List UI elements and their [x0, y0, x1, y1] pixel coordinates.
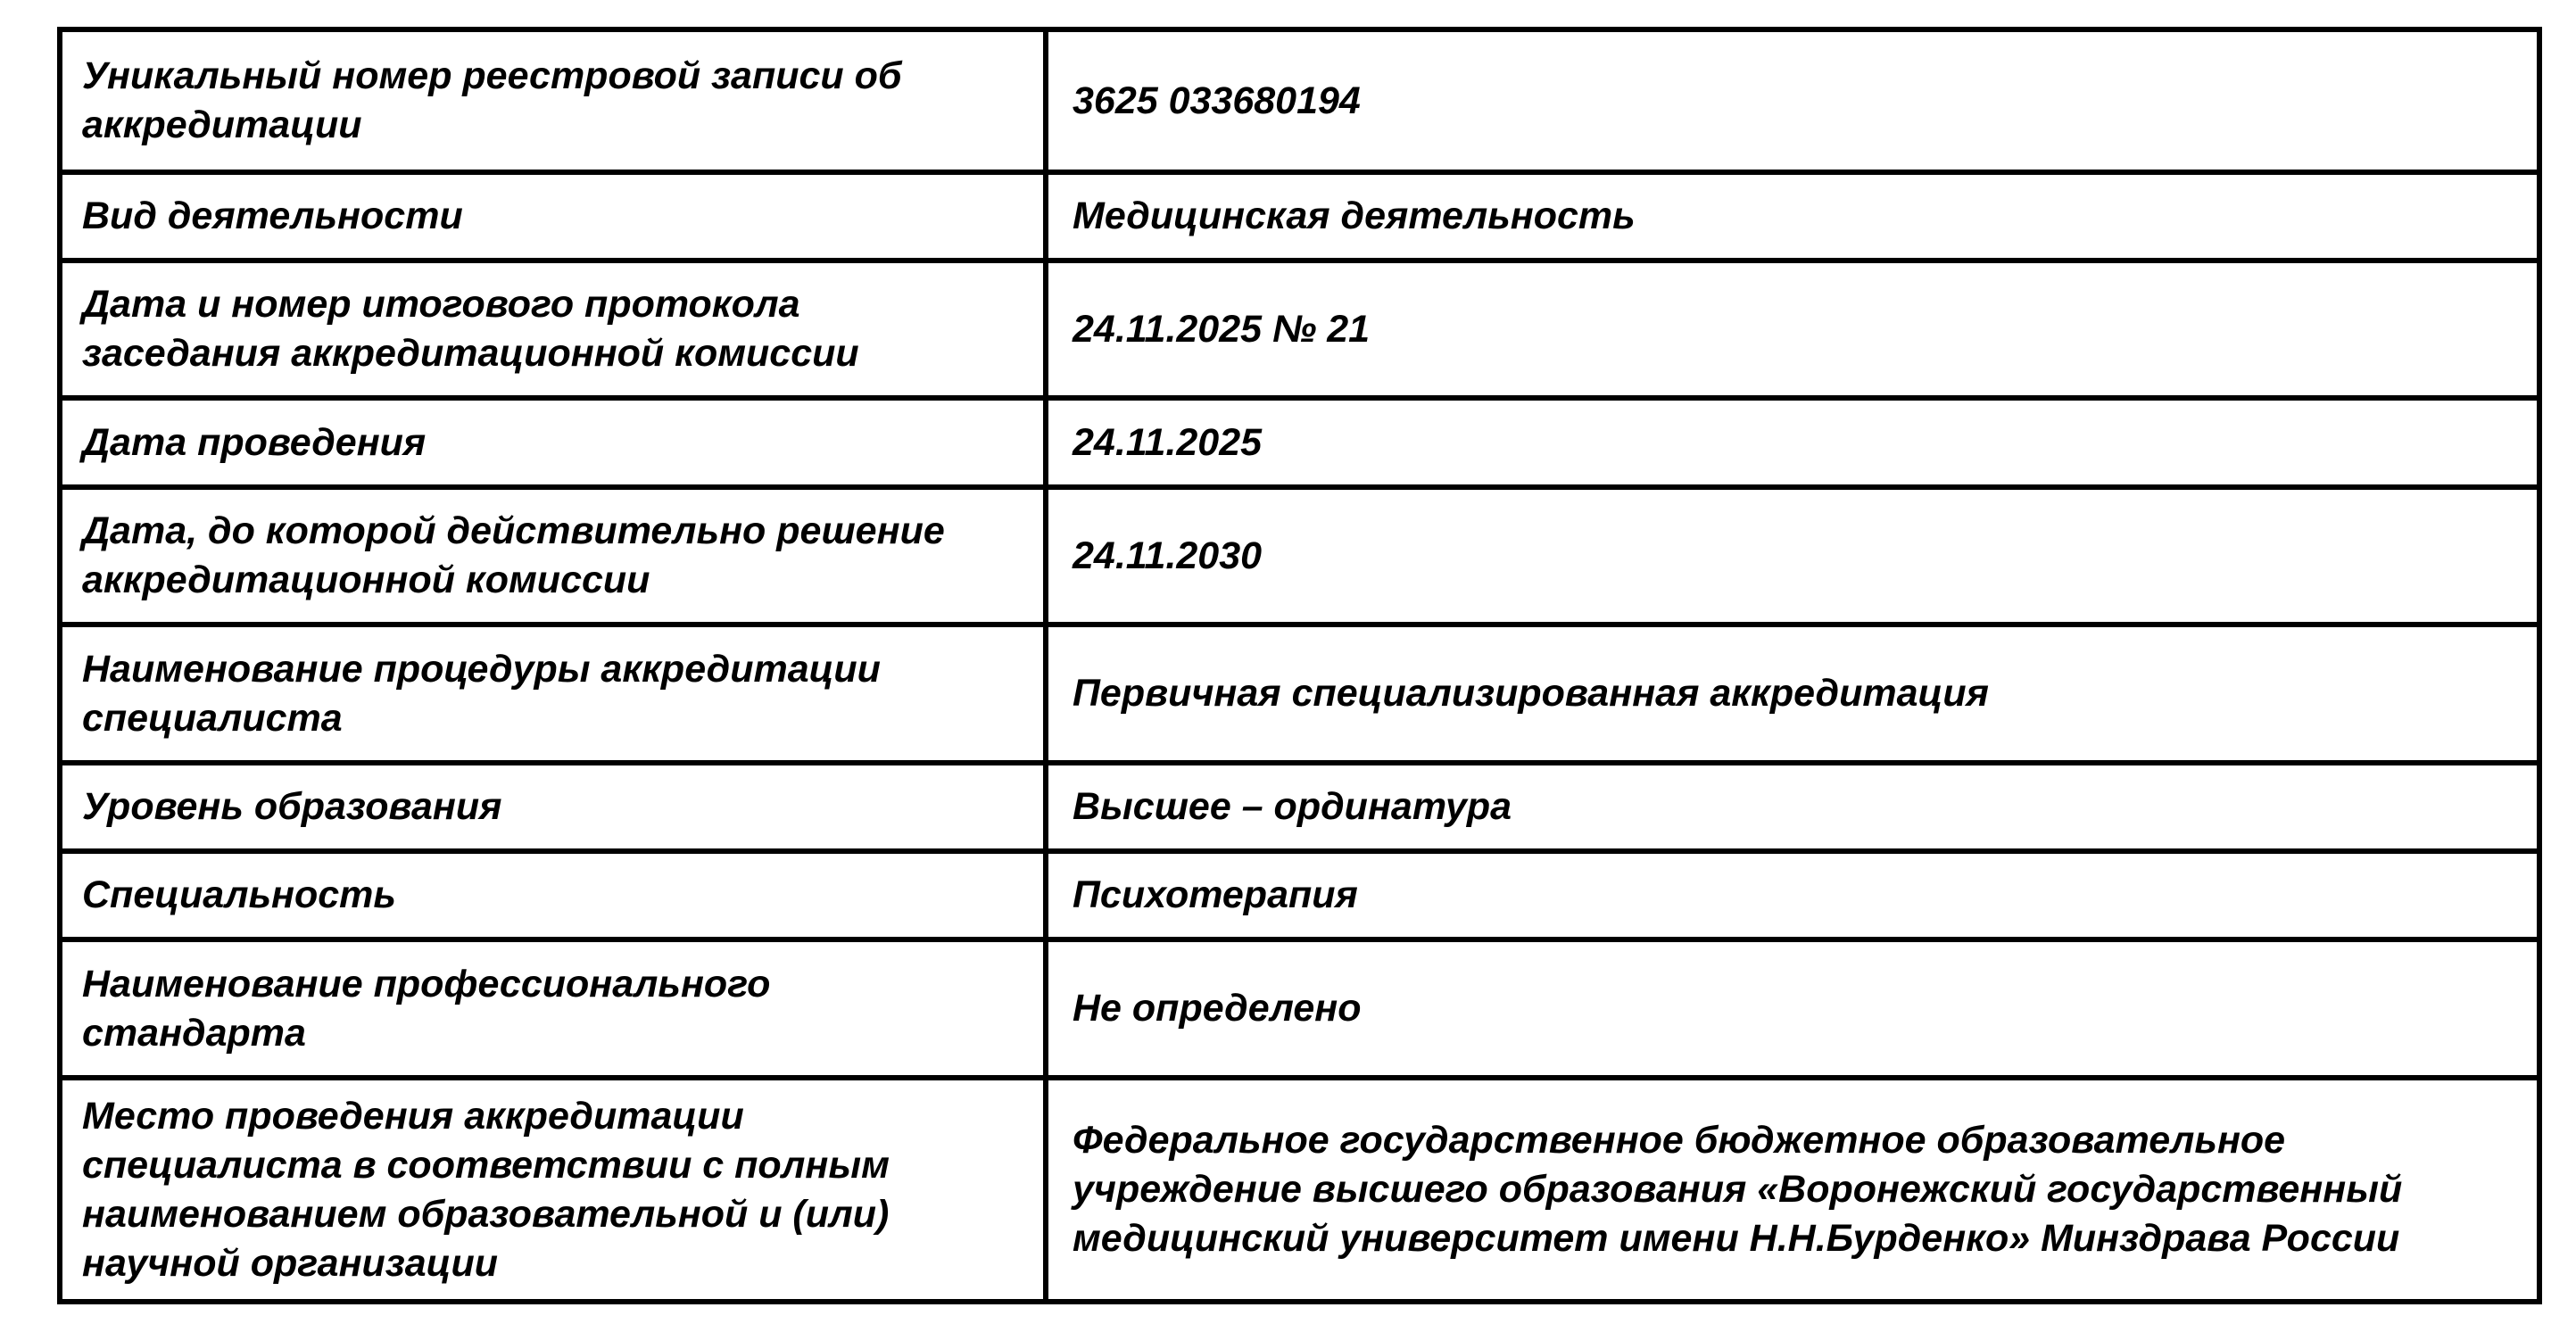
- row-value: Медицинская деятельность: [1073, 192, 1636, 241]
- label-cell: Специальность: [62, 854, 1048, 937]
- table-row-protocol: Дата и номер итогового протокола заседан…: [62, 263, 2537, 401]
- row-value: Психотерапия: [1073, 871, 1358, 920]
- row-value: 24.11.2030: [1073, 532, 1262, 581]
- label-line: Наименование процедуры аккредитации: [82, 645, 881, 694]
- row-label: Вид деятельности: [82, 192, 463, 241]
- value-line: Первичная специализированная аккредитаци…: [1073, 669, 1989, 718]
- row-label: Уникальный номер реестровой записи об ак…: [82, 52, 902, 150]
- value-cell: Медицинская деятельность: [1054, 175, 2537, 258]
- value-cell: Федеральное государственное бюджетное об…: [1054, 1080, 2537, 1299]
- value-line: 24.11.2030: [1073, 532, 1262, 581]
- row-label: Уровень образования: [82, 782, 501, 832]
- label-cell: Наименование процедуры аккредитации спец…: [62, 627, 1048, 760]
- row-label: Место проведения аккредитации специалист…: [82, 1092, 890, 1288]
- value-cell: 24.11.2025 № 21: [1054, 263, 2537, 395]
- label-line: специалиста: [82, 694, 881, 743]
- value-line: медицинский университет имени Н.Н.Бурден…: [1073, 1214, 2402, 1263]
- table-row-procedure-name: Наименование процедуры аккредитации спец…: [62, 627, 2537, 765]
- label-line: Дата, до которой действительно решение: [82, 507, 945, 556]
- label-cell: Дата проведения: [62, 401, 1048, 484]
- row-value: 24.11.2025: [1073, 418, 1262, 468]
- label-cell: Место проведения аккредитации специалист…: [62, 1080, 1048, 1299]
- value-line: Высшее – ординатура: [1073, 782, 1512, 832]
- label-line: Уровень образования: [82, 782, 501, 832]
- value-cell: Высшее – ординатура: [1054, 765, 2537, 848]
- value-cell: 3625 033680194: [1054, 32, 2537, 170]
- label-line: научной организации: [82, 1239, 890, 1288]
- label-line: наименованием образовательной и (или): [82, 1190, 890, 1239]
- label-cell: Дата и номер итогового протокола заседан…: [62, 263, 1048, 395]
- value-line: Федеральное государственное бюджетное об…: [1073, 1116, 2402, 1165]
- value-cell: Первичная специализированная аккредитаци…: [1054, 627, 2537, 760]
- value-cell: Не определено: [1054, 942, 2537, 1075]
- value-line: 3625 033680194: [1073, 77, 1361, 126]
- label-cell: Вид деятельности: [62, 175, 1048, 258]
- label-line: Дата и номер итогового протокола: [82, 280, 859, 329]
- row-label: Специальность: [82, 871, 396, 920]
- label-line: специалиста в соответствии с полным: [82, 1141, 890, 1190]
- row-label: Наименование профессионального стандарта: [82, 960, 770, 1058]
- table-row-professional-standard: Наименование профессионального стандарта…: [62, 942, 2537, 1080]
- label-line: аккредитации: [82, 101, 902, 150]
- label-line: стандарта: [82, 1009, 770, 1058]
- label-cell: Уникальный номер реестровой записи об ак…: [62, 32, 1048, 170]
- row-value: Не определено: [1073, 984, 1362, 1033]
- row-value: 24.11.2025 № 21: [1073, 305, 1370, 354]
- value-line: Медицинская деятельность: [1073, 192, 1636, 241]
- table-row-date-held: Дата проведения 24.11.2025: [62, 401, 2537, 490]
- value-line: 24.11.2025: [1073, 418, 1262, 468]
- table-row-education-level: Уровень образования Высшее – ординатура: [62, 765, 2537, 854]
- row-label: Наименование процедуры аккредитации спец…: [82, 645, 881, 743]
- row-value: Высшее – ординатура: [1073, 782, 1512, 832]
- table-row-location: Место проведения аккредитации специалист…: [62, 1080, 2537, 1299]
- label-line: Дата проведения: [82, 418, 426, 468]
- row-label: Дата и номер итогового протокола заседан…: [82, 280, 859, 378]
- label-cell: Дата, до которой действительно решение а…: [62, 490, 1048, 622]
- value-cell: 24.11.2025: [1054, 401, 2537, 484]
- label-line: Место проведения аккредитации: [82, 1092, 890, 1141]
- row-label: Дата, до которой действительно решение а…: [82, 507, 945, 605]
- row-value: Федеральное государственное бюджетное об…: [1073, 1116, 2402, 1263]
- table-row-registry-number: Уникальный номер реестровой записи об ак…: [62, 32, 2537, 175]
- label-line: Вид деятельности: [82, 192, 463, 241]
- label-cell: Уровень образования: [62, 765, 1048, 848]
- table-row-specialty: Специальность Психотерапия: [62, 854, 2537, 942]
- row-label: Дата проведения: [82, 418, 426, 468]
- label-cell: Наименование профессионального стандарта: [62, 942, 1048, 1075]
- value-cell: Психотерапия: [1054, 854, 2537, 937]
- label-line: Специальность: [82, 871, 396, 920]
- label-line: заседания аккредитационной комиссии: [82, 329, 859, 378]
- table-row-valid-until: Дата, до которой действительно решение а…: [62, 490, 2537, 627]
- table-row-activity-type: Вид деятельности Медицинская деятельност…: [62, 175, 2537, 263]
- row-value: 3625 033680194: [1073, 77, 1361, 126]
- value-line: Психотерапия: [1073, 871, 1358, 920]
- value-cell: 24.11.2030: [1054, 490, 2537, 622]
- row-value: Первичная специализированная аккредитаци…: [1073, 669, 1989, 718]
- label-line: Уникальный номер реестровой записи об: [82, 52, 902, 101]
- value-line: учреждение высшего образования «Воронежс…: [1073, 1165, 2402, 1214]
- label-line: Наименование профессионального: [82, 960, 770, 1009]
- value-line: 24.11.2025 № 21: [1073, 305, 1370, 354]
- accreditation-table: Уникальный номер реестровой записи об ак…: [57, 27, 2542, 1304]
- value-line: Не определено: [1073, 984, 1362, 1033]
- label-line: аккредитационной комиссии: [82, 556, 945, 605]
